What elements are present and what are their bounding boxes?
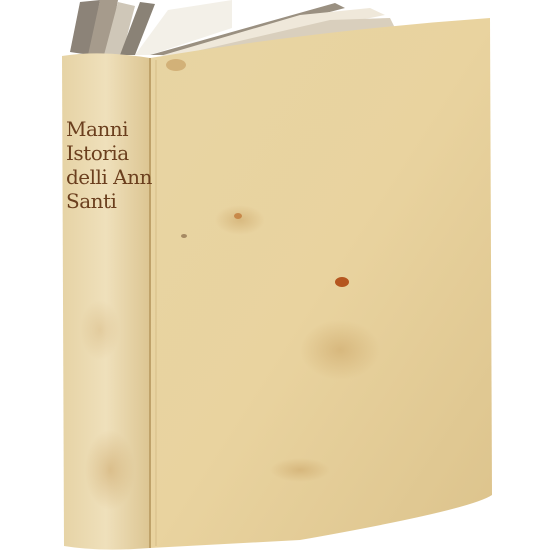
spine-label-line: Santi [66, 189, 150, 213]
spine-label: Manni Istoria delli Ann Santi [66, 117, 150, 213]
book-photo: Manni Istoria delli Ann Santi [0, 0, 550, 550]
stain [335, 277, 349, 287]
spine-label-line: Manni [66, 117, 150, 141]
spine-label-line: Istoria [66, 141, 150, 165]
book-illustration [0, 0, 550, 550]
spine-label-line: delli Ann [66, 165, 150, 189]
